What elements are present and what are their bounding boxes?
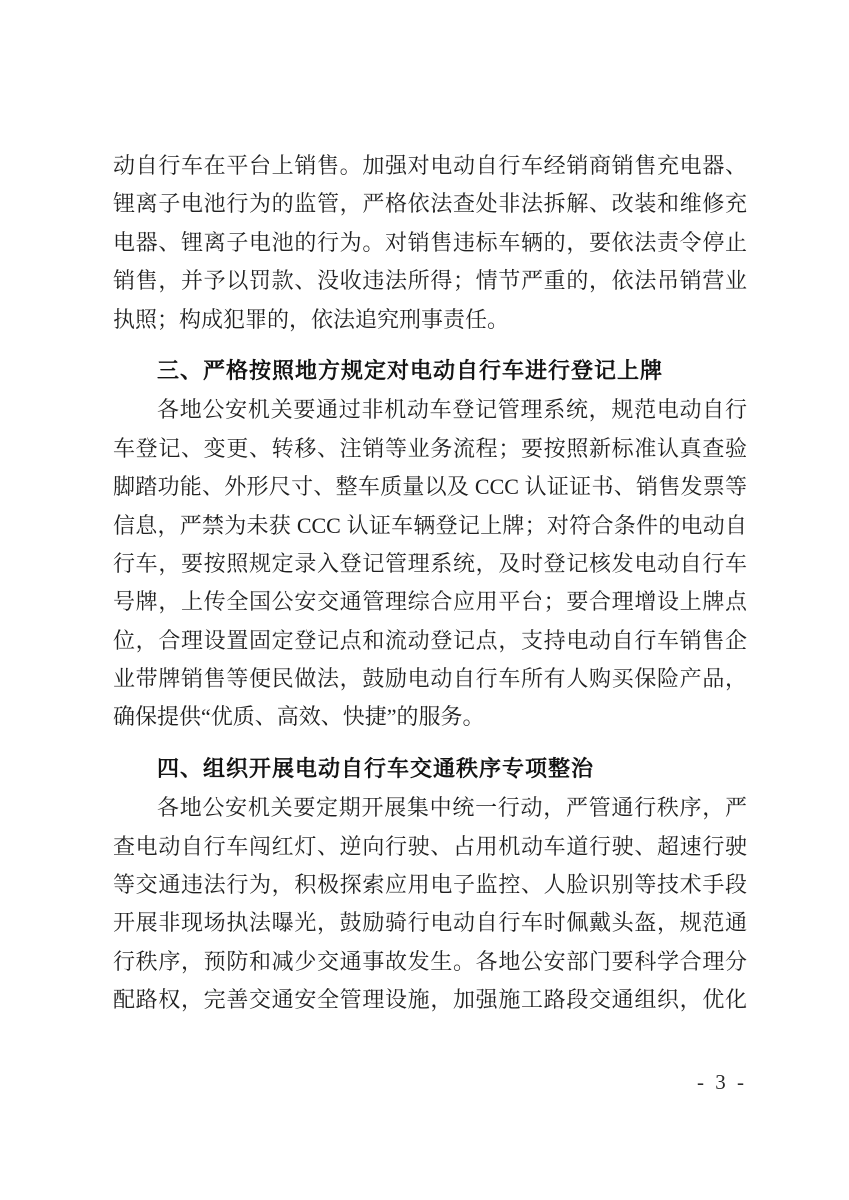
document-body: 动自行车在平台上销售。加强对电动自行车经销商销售充电器、 锂离子电池行为的监管，… [113, 147, 747, 1020]
text-line: 执照；构成犯罪的，依法追究刑事责任。 [113, 301, 747, 339]
text-line: 业带牌销售等便民做法，鼓励电动自行车所有人购买保险产品， [113, 660, 747, 698]
text-line: 电器、锂离子电池的行为。对销售违标车辆的，要依法责令停止 [113, 224, 747, 262]
text-line: 确保提供“优质、高效、快捷”的服务。 [113, 698, 747, 736]
section-heading-traffic-order: 四、组织开展电动自行车交通秩序专项整治 [113, 750, 747, 788]
section-heading-registration: 三、严格按照地方规定对电动自行车进行登记上牌 [113, 352, 747, 390]
paragraph-registration: 各地公安机关要通过非机动车登记管理系统，规范电动自行 车登记、变更、转移、注销等… [113, 391, 747, 737]
text-line: 动自行车在平台上销售。加强对电动自行车经销商销售充电器、 [113, 147, 747, 185]
text-line: 车登记、变更、转移、注销等业务流程；要按照新标准认真查验 [113, 430, 747, 468]
text-line: 脚踏功能、外形尺寸、整车质量以及 CCC 认证证书、销售发票等 [113, 468, 747, 506]
text-line: 查电动自行车闯红灯、逆向行驶、占用机动车道行驶、超速行驶 [113, 828, 747, 866]
text-line: 各地公安机关要定期开展集中统一行动，严管通行秩序，严 [113, 789, 747, 827]
page-number: - 3 - [697, 1063, 747, 1101]
text-line: 位，合理设置固定登记点和流动登记点，支持电动自行车销售企 [113, 622, 747, 660]
paragraph-sales-enforcement: 动自行车在平台上销售。加强对电动自行车经销商销售充电器、 锂离子电池行为的监管，… [113, 147, 747, 339]
text-line: 行秩序，预防和减少交通事故发生。各地公安部门要科学合理分 [113, 943, 747, 981]
text-line: 配路权，完善交通安全管理设施，加强施工路段交通组织，优化 [113, 981, 747, 1019]
text-line: 锂离子电池行为的监管，严格依法查处非法拆解、改装和维修充 [113, 185, 747, 223]
text-line: 销售，并予以罚款、没收违法所得；情节严重的，依法吊销营业 [113, 262, 747, 300]
text-line: 等交通违法行为，积极探索应用电子监控、人脸识别等技术手段 [113, 866, 747, 904]
text-line: 各地公安机关要通过非机动车登记管理系统，规范电动自行 [113, 391, 747, 429]
text-line: 开展非现场执法曝光，鼓励骑行电动自行车时佩戴头盔，规范通 [113, 904, 747, 942]
text-line: 行车，要按照规定录入登记管理系统，及时登记核发电动自行车 [113, 545, 747, 583]
text-line: 信息，严禁为未获 CCC 认证车辆登记上牌；对符合条件的电动自 [113, 507, 747, 545]
document-page: 动自行车在平台上销售。加强对电动自行车经销商销售充电器、 锂离子电池行为的监管，… [0, 0, 849, 1200]
paragraph-traffic-order: 各地公安机关要定期开展集中统一行动，严管通行秩序，严 查电动自行车闯红灯、逆向行… [113, 789, 747, 1019]
text-line: 号牌，上传全国公安交通管理综合应用平台；要合理增设上牌点 [113, 583, 747, 621]
